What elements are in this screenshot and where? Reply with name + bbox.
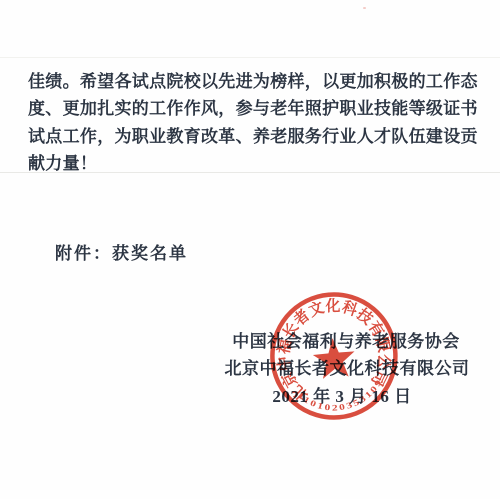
attachment-line: 附件：获奖名单 xyxy=(55,239,188,264)
letter-body-paragraph: 佳绩。希望各试点院校以先进为榜样，以更加积极的工作态 度、更加扎实的工作作风，参… xyxy=(28,68,484,177)
scan-speck xyxy=(363,7,366,9)
body-line-3: 试点工作，为职业教育改革、养老服务行业人才队伍建设贡 xyxy=(28,123,484,150)
body-line-1: 佳绩。希望各试点院校以先进为榜样，以更加积极的工作态 xyxy=(28,68,484,95)
body-line-2: 度、更加扎实的工作作风，参与老年照护职业技能等级证书 xyxy=(28,95,484,122)
scanned-letter-page: 佳绩。希望各试点院校以先进为榜样，以更加积极的工作态 度、更加扎实的工作作风，参… xyxy=(0,0,500,499)
company-seal: 北京中福长者文化科技有限公司 1101020353109 xyxy=(261,284,406,429)
body-line-4: 献力量！ xyxy=(28,150,484,177)
seal-star-icon xyxy=(312,336,357,379)
scan-artifact-line-top xyxy=(0,57,500,58)
